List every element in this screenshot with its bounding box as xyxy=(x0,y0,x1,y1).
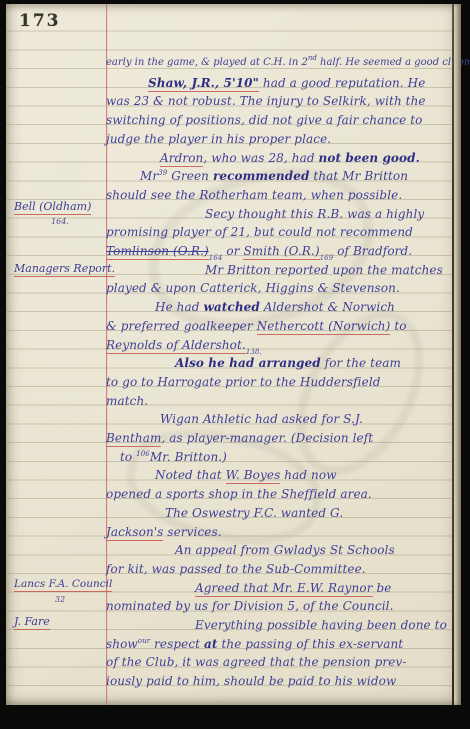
handwriting-segment: 39 xyxy=(158,169,167,177)
handwriting-segment: W. Boyes xyxy=(226,468,281,484)
handwriting-segment: match. xyxy=(106,394,148,408)
handwritten-line: Ardron, who was 28, had not been good. xyxy=(160,151,420,170)
handwriting-segment: nd xyxy=(308,54,317,62)
handwriting-segment: Tomlinson (O.R.) xyxy=(106,244,209,260)
handwriting-segment: He had xyxy=(155,300,203,314)
page-edge-strip xyxy=(454,4,461,705)
handwritten-line: for kit, was passed to the Sub-Committee… xyxy=(106,562,366,581)
handwriting-segment: Mr xyxy=(140,169,158,183)
handwritten-line: Shaw, J.R., 5'10" had a good reputation.… xyxy=(148,76,425,95)
handwritten-line: Tomlinson (O.R.)164 or Smith (O.R.)169 o… xyxy=(106,244,412,263)
handwriting-segment: iously paid to him, should be paid to hi… xyxy=(106,674,396,688)
handwriting-segment: Shaw, J.R., 5'10" xyxy=(148,76,259,92)
handwritten-line: was 23 & not robust. The injury to Selki… xyxy=(106,94,426,113)
handwriting-segment: services. xyxy=(163,525,221,539)
margin-note-lancs-fa-council: Lancs F.A. Council 32 xyxy=(14,578,106,606)
handwritten-line: Mr Britton reported upon the matches xyxy=(205,263,443,282)
handwriting-segment: An appeal from Gwladys St Schools xyxy=(175,543,395,557)
handwritten-line: He had watched Aldershot & Norwich xyxy=(155,300,395,319)
handwriting-segment: promising player of 21, but could not re… xyxy=(106,225,413,239)
handwriting-segment: 138. xyxy=(246,348,262,356)
handwriting-segment: watched xyxy=(203,300,259,314)
handwriting-segment: early in the game, & played at C.H. in 2 xyxy=(106,57,308,68)
handwriting-segment: nominated by us for Division 5, of the C… xyxy=(106,599,394,613)
handwritten-line: Jackson's services. xyxy=(106,525,222,544)
margin-note-bell-oldham: Bell (Oldham) 164. xyxy=(14,200,106,228)
handwriting-segment: Agreed that Mr. E.W. Raynor xyxy=(195,581,373,597)
handwriting-segment: that Mr Britton xyxy=(309,169,408,183)
handwriting-segment: for kit, was passed to the Sub-Committee… xyxy=(106,562,366,576)
handwriting-segment: 106 xyxy=(136,450,150,458)
handwritten-line: The Oswestry F.C. wanted G. xyxy=(165,506,343,525)
handwriting-segment: Nethercott (Norwich) xyxy=(257,319,391,335)
handwriting-segment: respect xyxy=(150,637,204,651)
handwriting-segment: Bentham xyxy=(106,431,161,447)
margin-note-label: J. Fare xyxy=(14,615,50,630)
handwriting-segment: to xyxy=(120,450,136,464)
handwriting-segment: Aldershot & Norwich xyxy=(260,300,395,314)
handwriting-segment: Jackson's xyxy=(106,525,163,541)
margin-note-label: Bell (Oldham) xyxy=(14,200,91,215)
handwriting-segment: opened a sports shop in the Sheffield ar… xyxy=(106,487,372,501)
handwriting-segment: & preferred goalkeeper xyxy=(106,319,257,333)
manuscript-lines: early in the game, & played at C.H. in 2… xyxy=(106,4,458,705)
handwritten-line: to go to Harrogate prior to the Huddersf… xyxy=(106,375,381,394)
handwriting-segment: recommended xyxy=(213,169,310,183)
handwriting-segment: our xyxy=(138,637,150,645)
handwriting-segment: Secy thought this R.B. was a highly xyxy=(205,207,424,221)
handwritten-line: early in the game, & played at C.H. in 2… xyxy=(106,57,470,76)
handwriting-segment: be xyxy=(373,581,392,595)
handwriting-segment: switching of positions, did not give a f… xyxy=(106,113,422,127)
minute-book-page: 173 Bell (Oldham) 164. Managers Report. … xyxy=(6,4,461,705)
handwriting-segment: Mr. Britton.) xyxy=(150,450,227,464)
handwritten-line: Reynolds of Aldershot.138. xyxy=(106,338,262,357)
handwritten-line: Noted that W. Boyes had now xyxy=(155,468,337,487)
handwriting-segment: was 23 & not robust. The injury to Selki… xyxy=(106,94,426,108)
handwriting-segment: The Oswestry F.C. wanted G. xyxy=(165,506,343,520)
handwriting-segment: Smith (O.R.) xyxy=(243,244,319,260)
handwritten-line: played & upon Catterick, Higgins & Steve… xyxy=(106,281,400,300)
handwriting-segment: half. He seemed a good clubman. xyxy=(317,57,470,68)
handwriting-segment: for the team xyxy=(321,356,401,370)
handwriting-segment: Wigan Athletic had asked for S.J. xyxy=(160,412,363,426)
handwriting-segment: Noted that xyxy=(155,468,226,482)
handwritten-line: iously paid to him, should be paid to hi… xyxy=(106,674,396,693)
handwriting-segment: had a good reputation. He xyxy=(259,76,425,90)
handwriting-segment: at xyxy=(204,637,218,651)
handwriting-segment: , who was 28, had xyxy=(203,151,318,165)
handwritten-line: Also he had arranged for the team xyxy=(175,356,401,375)
handwriting-segment: to go to Harrogate prior to the Huddersf… xyxy=(106,375,381,389)
handwritten-line: Secy thought this R.B. was a highly xyxy=(205,207,424,226)
handwritten-line: Agreed that Mr. E.W. Raynor be xyxy=(195,581,391,600)
margin-annotations: Bell (Oldham) 164. Managers Report. Lanc… xyxy=(14,4,104,705)
handwriting-segment: Reynolds of Aldershot. xyxy=(106,338,246,354)
handwritten-line: Everything possible having been done to xyxy=(195,618,447,637)
handwritten-line: promising player of 21, but could not re… xyxy=(106,225,413,244)
handwritten-line: & preferred goalkeeper Nethercott (Norwi… xyxy=(106,319,407,338)
handwriting-segment: judge the player in his proper place. xyxy=(106,132,331,146)
handwriting-segment: of the Club, it was agreed that the pens… xyxy=(106,655,407,669)
handwritten-line: An appeal from Gwladys St Schools xyxy=(175,543,395,562)
margin-note-label: Lancs F.A. Council xyxy=(14,578,112,592)
handwriting-segment: Ardron xyxy=(160,151,203,167)
handwriting-segment: the passing of this ex-servant xyxy=(218,637,404,651)
handwriting-segment: 164 xyxy=(209,254,223,262)
margin-note-j-fare: J. Fare xyxy=(14,615,106,628)
handwriting-segment: should see the Rotherham team, when poss… xyxy=(106,188,402,202)
handwritten-line: Bentham, as player-manager. (Decision le… xyxy=(106,431,373,450)
handwriting-segment: Green xyxy=(167,169,213,183)
handwriting-segment: Also he had arranged xyxy=(175,356,321,370)
handwritten-line: nominated by us for Division 5, of the C… xyxy=(106,599,394,618)
handwriting-segment: show xyxy=(106,637,138,651)
handwriting-segment: 169 xyxy=(320,254,334,262)
margin-note-ref: 164. xyxy=(14,215,106,228)
handwriting-segment: , as player-manager. (Decision left xyxy=(161,431,373,445)
handwriting-segment: Mr Britton reported upon the matches xyxy=(205,263,443,277)
handwriting-segment: had now xyxy=(280,468,336,482)
handwritten-line: Wigan Athletic had asked for S.J. xyxy=(160,412,363,431)
handwritten-line: match. xyxy=(106,394,148,413)
handwriting-segment: not been good. xyxy=(319,151,420,165)
margin-note-ref: 32 xyxy=(14,593,106,606)
margin-note-label: Managers Report. xyxy=(14,262,115,277)
handwritten-line: Mr39 Green recommended that Mr Britton xyxy=(140,169,408,188)
handwriting-segment: Everything possible having been done to xyxy=(195,618,447,632)
handwritten-line: should see the Rotherham team, when poss… xyxy=(106,188,402,207)
handwritten-line: judge the player in his proper place. xyxy=(106,132,331,151)
handwriting-segment: to xyxy=(390,319,406,333)
handwritten-line: showour respect at the passing of this e… xyxy=(106,637,403,656)
handwritten-line: switching of positions, did not give a f… xyxy=(106,113,422,132)
handwriting-segment: played & upon Catterick, Higgins & Steve… xyxy=(106,281,400,295)
handwritten-line: of the Club, it was agreed that the pens… xyxy=(106,655,407,674)
handwritten-line: opened a sports shop in the Sheffield ar… xyxy=(106,487,372,506)
handwriting-segment: or xyxy=(222,244,243,258)
handwritten-line: to 106Mr. Britton.) xyxy=(120,450,227,469)
margin-note-managers-report: Managers Report. xyxy=(14,262,106,275)
handwriting-segment: of Bradford. xyxy=(333,244,412,258)
